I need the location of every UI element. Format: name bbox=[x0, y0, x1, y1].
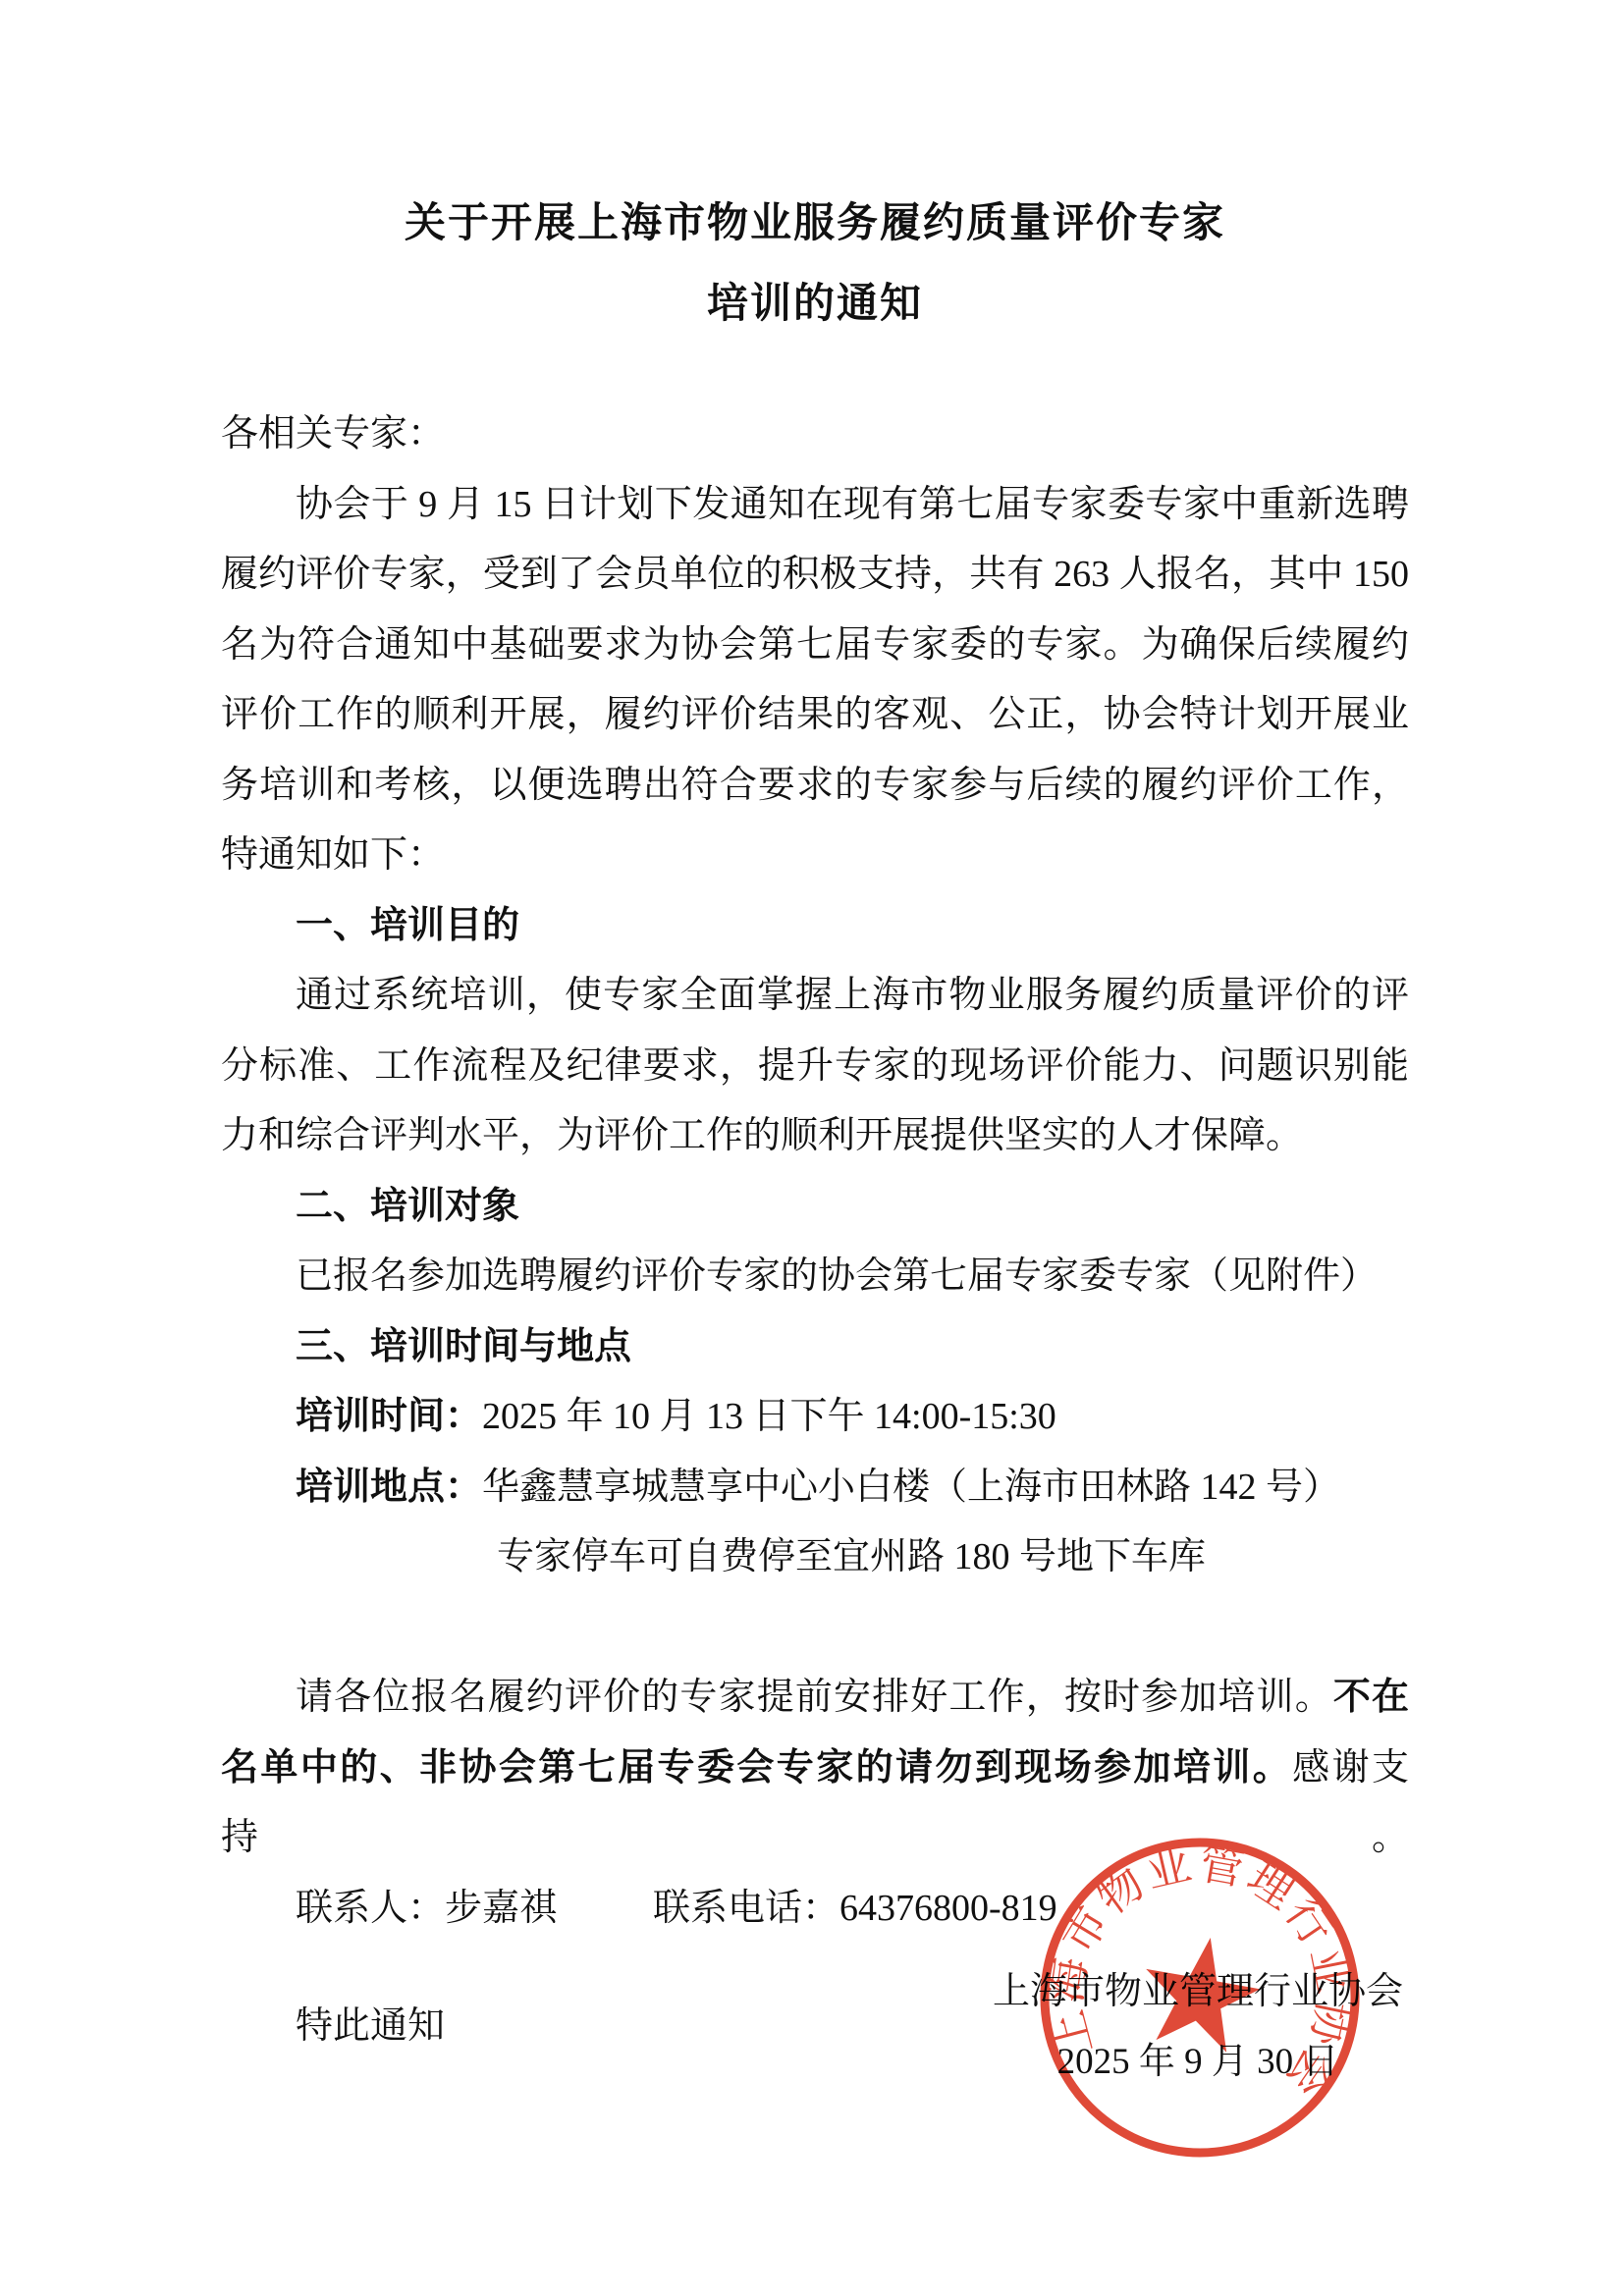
intro-line-5: 务培训和考核，以便选聘出符合要求的专家参与后续的履约评价工作， bbox=[221, 751, 1409, 822]
intro-line-3: 名为符合通知中基础要求为协会第七届专家委的专家。为确保后续履约 bbox=[221, 611, 1409, 681]
contact-line: 联系人：步嘉祺联系电话：64376800-819 bbox=[221, 1874, 1409, 1945]
notice-line-2-bold: 名单中的、非协会第七届专委会专家的请勿到现场参加培训。 bbox=[221, 1747, 1292, 1789]
document-title: 关于开展上海市物业服务履约质量评价专家 培训的通知 bbox=[221, 183, 1409, 344]
document-title-line1: 关于开展上海市物业服务履约质量评价专家 bbox=[221, 183, 1409, 263]
training-time-line: 培训时间：2025 年 10 月 13 日下午 14:00-15:30 bbox=[221, 1382, 1409, 1453]
intro-line-2: 履约评价专家，受到了会员单位的积极支持，共有 263 人报名，其中 150 bbox=[221, 540, 1409, 611]
training-place-label: 培训地点： bbox=[296, 1467, 482, 1508]
document-title-line2: 培训的通知 bbox=[221, 263, 1409, 344]
section-2-line-1: 已报名参加选聘履约评价专家的协会第七届专家委专家（见附件） bbox=[221, 1242, 1409, 1312]
signature-block: 上海市物业管理行业协会 2025 年 9 月 30 日 bbox=[980, 1967, 1416, 2085]
section-1-line-1: 通过系统培训，使专家全面掌握上海市物业服务履约质量评价的评 bbox=[221, 961, 1409, 1032]
training-place-line: 培训地点：华鑫慧享城慧享中心小白楼（上海市田林路 142 号） bbox=[221, 1453, 1409, 1523]
intro-line-6: 特通知如下： bbox=[221, 821, 1409, 891]
blank-line bbox=[221, 1593, 1409, 1664]
parking-note-line: 专家停车可自费停至宜州路 180 号地下车库 bbox=[497, 1522, 1409, 1593]
contact-person: 联系人：步嘉祺 bbox=[296, 1888, 557, 1929]
training-time-label: 培训时间： bbox=[296, 1396, 482, 1437]
section-2-heading: 二、培训对象 bbox=[221, 1172, 1409, 1243]
notice-line-1-regular: 请各位报名履约评价的专家提前安排好工作，按时参加培训。 bbox=[296, 1677, 1333, 1718]
notice-line-2: 名单中的、非协会第七届专委会专家的请勿到现场参加培训。感谢支持。 bbox=[221, 1734, 1409, 1874]
training-place-value: 华鑫慧享城慧享中心小白楼（上海市田林路 142 号） bbox=[482, 1467, 1340, 1508]
section-3-heading: 三、培训时间与地点 bbox=[221, 1312, 1409, 1383]
notice-document-page: 关于开展上海市物业服务履约质量评价专家 培训的通知 各相关专家： 协会于 9 月… bbox=[0, 0, 1624, 2296]
section-1-line-3: 力和综合评判水平，为评价工作的顺利开展提供坚实的人才保障。 bbox=[221, 1101, 1409, 1172]
contact-phone: 联系电话：64376800-819 bbox=[653, 1888, 1057, 1929]
salutation: 各相关专家： bbox=[221, 400, 1409, 470]
section-1-heading: 一、培训目的 bbox=[221, 891, 1409, 962]
notice-line-1-bold: 不在 bbox=[1333, 1677, 1409, 1718]
intro-line-1: 协会于 9 月 15 日计划下发通知在现有第七届专家委专家中重新选聘 bbox=[221, 470, 1409, 541]
training-time-value: 2025 年 10 月 13 日下午 14:00-15:30 bbox=[482, 1396, 1056, 1437]
intro-line-4: 评价工作的顺利开展，履约评价结果的客观、公正，协会特计划开展业 bbox=[221, 680, 1409, 751]
section-1-line-2: 分标准、工作流程及纪律要求，提升专家的现场评价能力、问题识别能 bbox=[221, 1032, 1409, 1102]
signature-org-name: 上海市物业管理行业协会 bbox=[980, 1967, 1416, 2016]
signature-date: 2025 年 9 月 30 日 bbox=[980, 2040, 1416, 2085]
document-body: 关于开展上海市物业服务履约质量评价专家 培训的通知 各相关专家： 协会于 9 月… bbox=[221, 0, 1409, 2062]
notice-line-1: 请各位报名履约评价的专家提前安排好工作，按时参加培训。不在 bbox=[221, 1663, 1409, 1734]
